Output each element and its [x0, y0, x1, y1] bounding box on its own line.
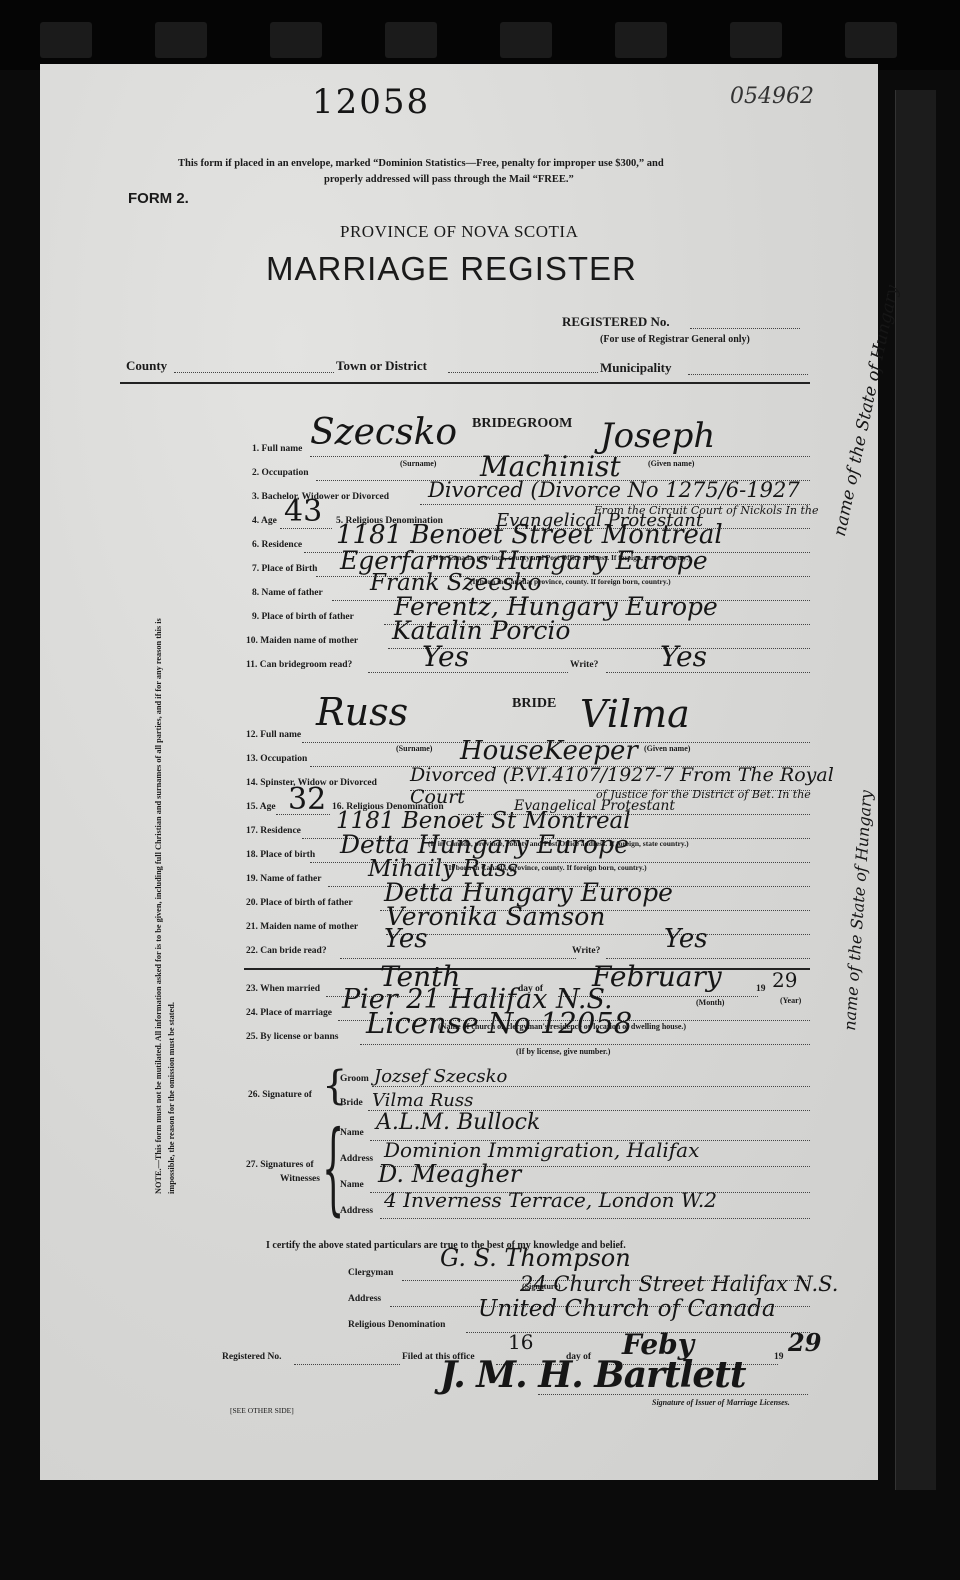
- groom-can-write-label: Write?: [570, 660, 598, 670]
- film-strip-top: [0, 0, 960, 70]
- bride-can-write-label: Write?: [572, 946, 600, 956]
- place-of-marriage-label: 24. Place of marriage: [246, 1008, 332, 1018]
- groom-age-value: 43: [284, 494, 322, 529]
- bride-signature-label: Bride: [340, 1098, 363, 1108]
- margin-annotation-bride: name of the State of Hungary: [840, 789, 876, 1031]
- groom-can-write-field[interactable]: [606, 672, 810, 673]
- witness-2-name-value: D. Meagher: [378, 1160, 521, 1188]
- bride-father-label: 19. Name of father: [246, 874, 321, 884]
- surname-hint: (Surname): [400, 459, 436, 468]
- clergyman-religion-label: Religious Denomination: [348, 1320, 445, 1330]
- witness-1-name-label: Name: [340, 1128, 364, 1138]
- bride-mother-maiden-field[interactable]: [386, 934, 810, 935]
- filed-year-value: 29: [788, 1328, 821, 1357]
- municipality-label: Municipality: [600, 360, 672, 376]
- issuer-label: Signature of Issuer of Marriage Licenses…: [652, 1398, 790, 1407]
- bride-can-read-field[interactable]: [340, 958, 576, 959]
- sprocket-hole: [270, 22, 322, 58]
- witness-1-address-label: Address: [340, 1154, 373, 1164]
- bride-section-divider: [244, 968, 810, 970]
- issuer-signature-value: J. M. H. Bartlett: [440, 1354, 746, 1396]
- bridegroom-section-title: BRIDEGROOM: [472, 416, 572, 432]
- stamp-number: 054962: [730, 84, 814, 109]
- bride-surname-hint: (Surname): [396, 744, 432, 753]
- signature-of-label: 26. Signature of: [248, 1090, 312, 1100]
- filing-registered-no-field[interactable]: [294, 1364, 400, 1365]
- groom-status-value: Divorced (Divorce No 1275/6-1927: [428, 478, 800, 502]
- town-label: Town or District: [336, 358, 427, 374]
- sprocket-hole: [615, 22, 667, 58]
- province-heading: PROVINCE OF NOVA SCOTIA: [340, 222, 578, 242]
- groom-full-name-label: 1. Full name: [252, 444, 302, 454]
- witness-2-name-label: Name: [340, 1180, 364, 1190]
- groom-signature-value: Jozsef Szecsko: [374, 1066, 507, 1087]
- bride-mother-maiden-label: 21. Maiden name of mother: [246, 922, 358, 932]
- bride-birthplace-value: Detta Hungary Europe: [340, 830, 629, 859]
- groom-surname-value: Szecsko: [310, 412, 457, 453]
- marriage-register-document: 12058 054962 This form if placed in an e…: [40, 64, 878, 1480]
- binder-spine: [895, 90, 936, 1490]
- groom-can-read-label: 11. Can bridegroom read?: [246, 660, 352, 670]
- margin-annotation-groom: name of the State of Hungary: [830, 283, 903, 538]
- groom-mother-maiden-value: Katalin Porcio: [392, 616, 570, 645]
- side-note-text: NOTE.—This form must not be mutilated. A…: [152, 594, 178, 1194]
- groom-can-write-value: Yes: [660, 640, 707, 673]
- handwritten-register-number: 12058: [312, 82, 430, 122]
- groom-age-label: 4. Age: [252, 516, 277, 526]
- clergyman-religion-value: United Church of Canada: [478, 1296, 776, 1322]
- license-or-banns-label: 25. By license or banns: [246, 1032, 338, 1042]
- marriage-year-value: 29: [772, 968, 797, 992]
- witnesses-label-line-2: Witnesses: [280, 1174, 320, 1184]
- county-field[interactable]: [174, 372, 334, 373]
- mail-notice-line-2: properly addressed will pass through the…: [324, 174, 574, 185]
- groom-residence-label: 6. Residence: [252, 540, 302, 550]
- groom-mother-maiden-label: 10. Maiden name of mother: [246, 636, 358, 646]
- filing-registered-no-label: Registered No.: [222, 1352, 281, 1362]
- witness-2-address-field[interactable]: [380, 1218, 810, 1219]
- groom-father-label: 8. Name of father: [252, 588, 323, 598]
- license-or-banns-value: License No 12058: [366, 1006, 632, 1040]
- issuer-signature-field[interactable]: [538, 1394, 808, 1395]
- town-field[interactable]: [448, 372, 598, 373]
- sprocket-hole: [500, 22, 552, 58]
- license-or-banns-field[interactable]: [360, 1044, 810, 1045]
- bride-full-name-label: 12. Full name: [246, 730, 301, 740]
- month-hint: (Month): [696, 998, 724, 1007]
- bride-signature-value: Vilma Russ: [372, 1090, 473, 1111]
- bride-given-name-hint: (Given name): [644, 744, 690, 753]
- registered-no-field[interactable]: [690, 328, 800, 329]
- bride-given-name-value: Vilma: [580, 692, 690, 736]
- header-divider: [120, 382, 810, 384]
- groom-birthplace-label: 7. Place of Birth: [252, 564, 317, 574]
- municipality-field[interactable]: [688, 374, 808, 375]
- filed-day-value: 16: [508, 1330, 533, 1354]
- bride-birthplace-label: 18. Place of birth: [246, 850, 315, 860]
- sprocket-hole: [40, 22, 92, 58]
- filed-year-prefix: 19: [774, 1352, 784, 1362]
- when-married-label: 23. When married: [246, 984, 320, 994]
- witnesses-label-line-1: 27. Signatures of: [246, 1160, 314, 1170]
- side-note: NOTE.—This form must not be mutilated. A…: [152, 594, 178, 1194]
- clergyman-address-value: 24 Church Street Halifax N.S.: [520, 1272, 838, 1296]
- page-title: MARRIAGE REGISTER: [266, 250, 637, 288]
- bride-age-label: 15. Age: [246, 802, 276, 812]
- sprocket-hole: [155, 22, 207, 58]
- sprocket-hole: [385, 22, 437, 58]
- license-hint: (If by license, give number.): [516, 1047, 610, 1056]
- clergyman-label: Clergyman: [348, 1268, 393, 1278]
- bride-residence-label: 17. Residence: [246, 826, 301, 836]
- clergyman-signature-value: G. S. Thompson: [440, 1244, 631, 1272]
- bride-occupation-label: 13. Occupation: [246, 754, 307, 764]
- bride-age-value: 32: [288, 782, 326, 817]
- groom-signature-label: Groom: [340, 1074, 369, 1084]
- bride-section-title: BRIDE: [512, 696, 556, 712]
- registrar-note: (For use of Registrar General only): [600, 334, 750, 345]
- bride-can-read-label: 22. Can bride read?: [246, 946, 327, 956]
- bride-can-write-field[interactable]: [606, 958, 810, 959]
- sprocket-hole: [730, 22, 782, 58]
- witness-2-address-label: Address: [340, 1206, 373, 1216]
- bride-can-write-value: Yes: [664, 924, 708, 954]
- given-name-hint: (Given name): [648, 459, 694, 468]
- witness-1-address-value: Dominion Immigration, Halifax: [384, 1138, 699, 1162]
- mail-notice-line-1: This form if placed in an envelope, mark…: [178, 158, 664, 169]
- year-hint: (Year): [780, 996, 801, 1005]
- bride-surname-value: Russ: [316, 690, 408, 734]
- bride-occupation-value: HouseKeeper: [460, 736, 638, 766]
- groom-occupation-label: 2. Occupation: [252, 468, 308, 478]
- registered-no-label: REGISTERED No.: [562, 314, 670, 330]
- witness-2-address-value: 4 Inverness Terrace, London W.2: [384, 1188, 717, 1212]
- year-prefix: 19: [756, 984, 766, 994]
- groom-can-read-value: Yes: [422, 640, 469, 673]
- see-other-side-note: [SEE OTHER SIDE]: [230, 1406, 294, 1415]
- sprocket-hole: [845, 22, 897, 58]
- bride-can-read-value: Yes: [384, 924, 428, 954]
- county-label: County: [126, 358, 167, 374]
- clergyman-address-label: Address: [348, 1294, 381, 1304]
- form-label: FORM 2.: [128, 190, 189, 207]
- witness-1-name-value: A.L.M. Bullock: [376, 1110, 540, 1135]
- groom-father-birthplace-label: 9. Place of birth of father: [252, 612, 354, 622]
- bride-father-birthplace-label: 20. Place of birth of father: [246, 898, 353, 908]
